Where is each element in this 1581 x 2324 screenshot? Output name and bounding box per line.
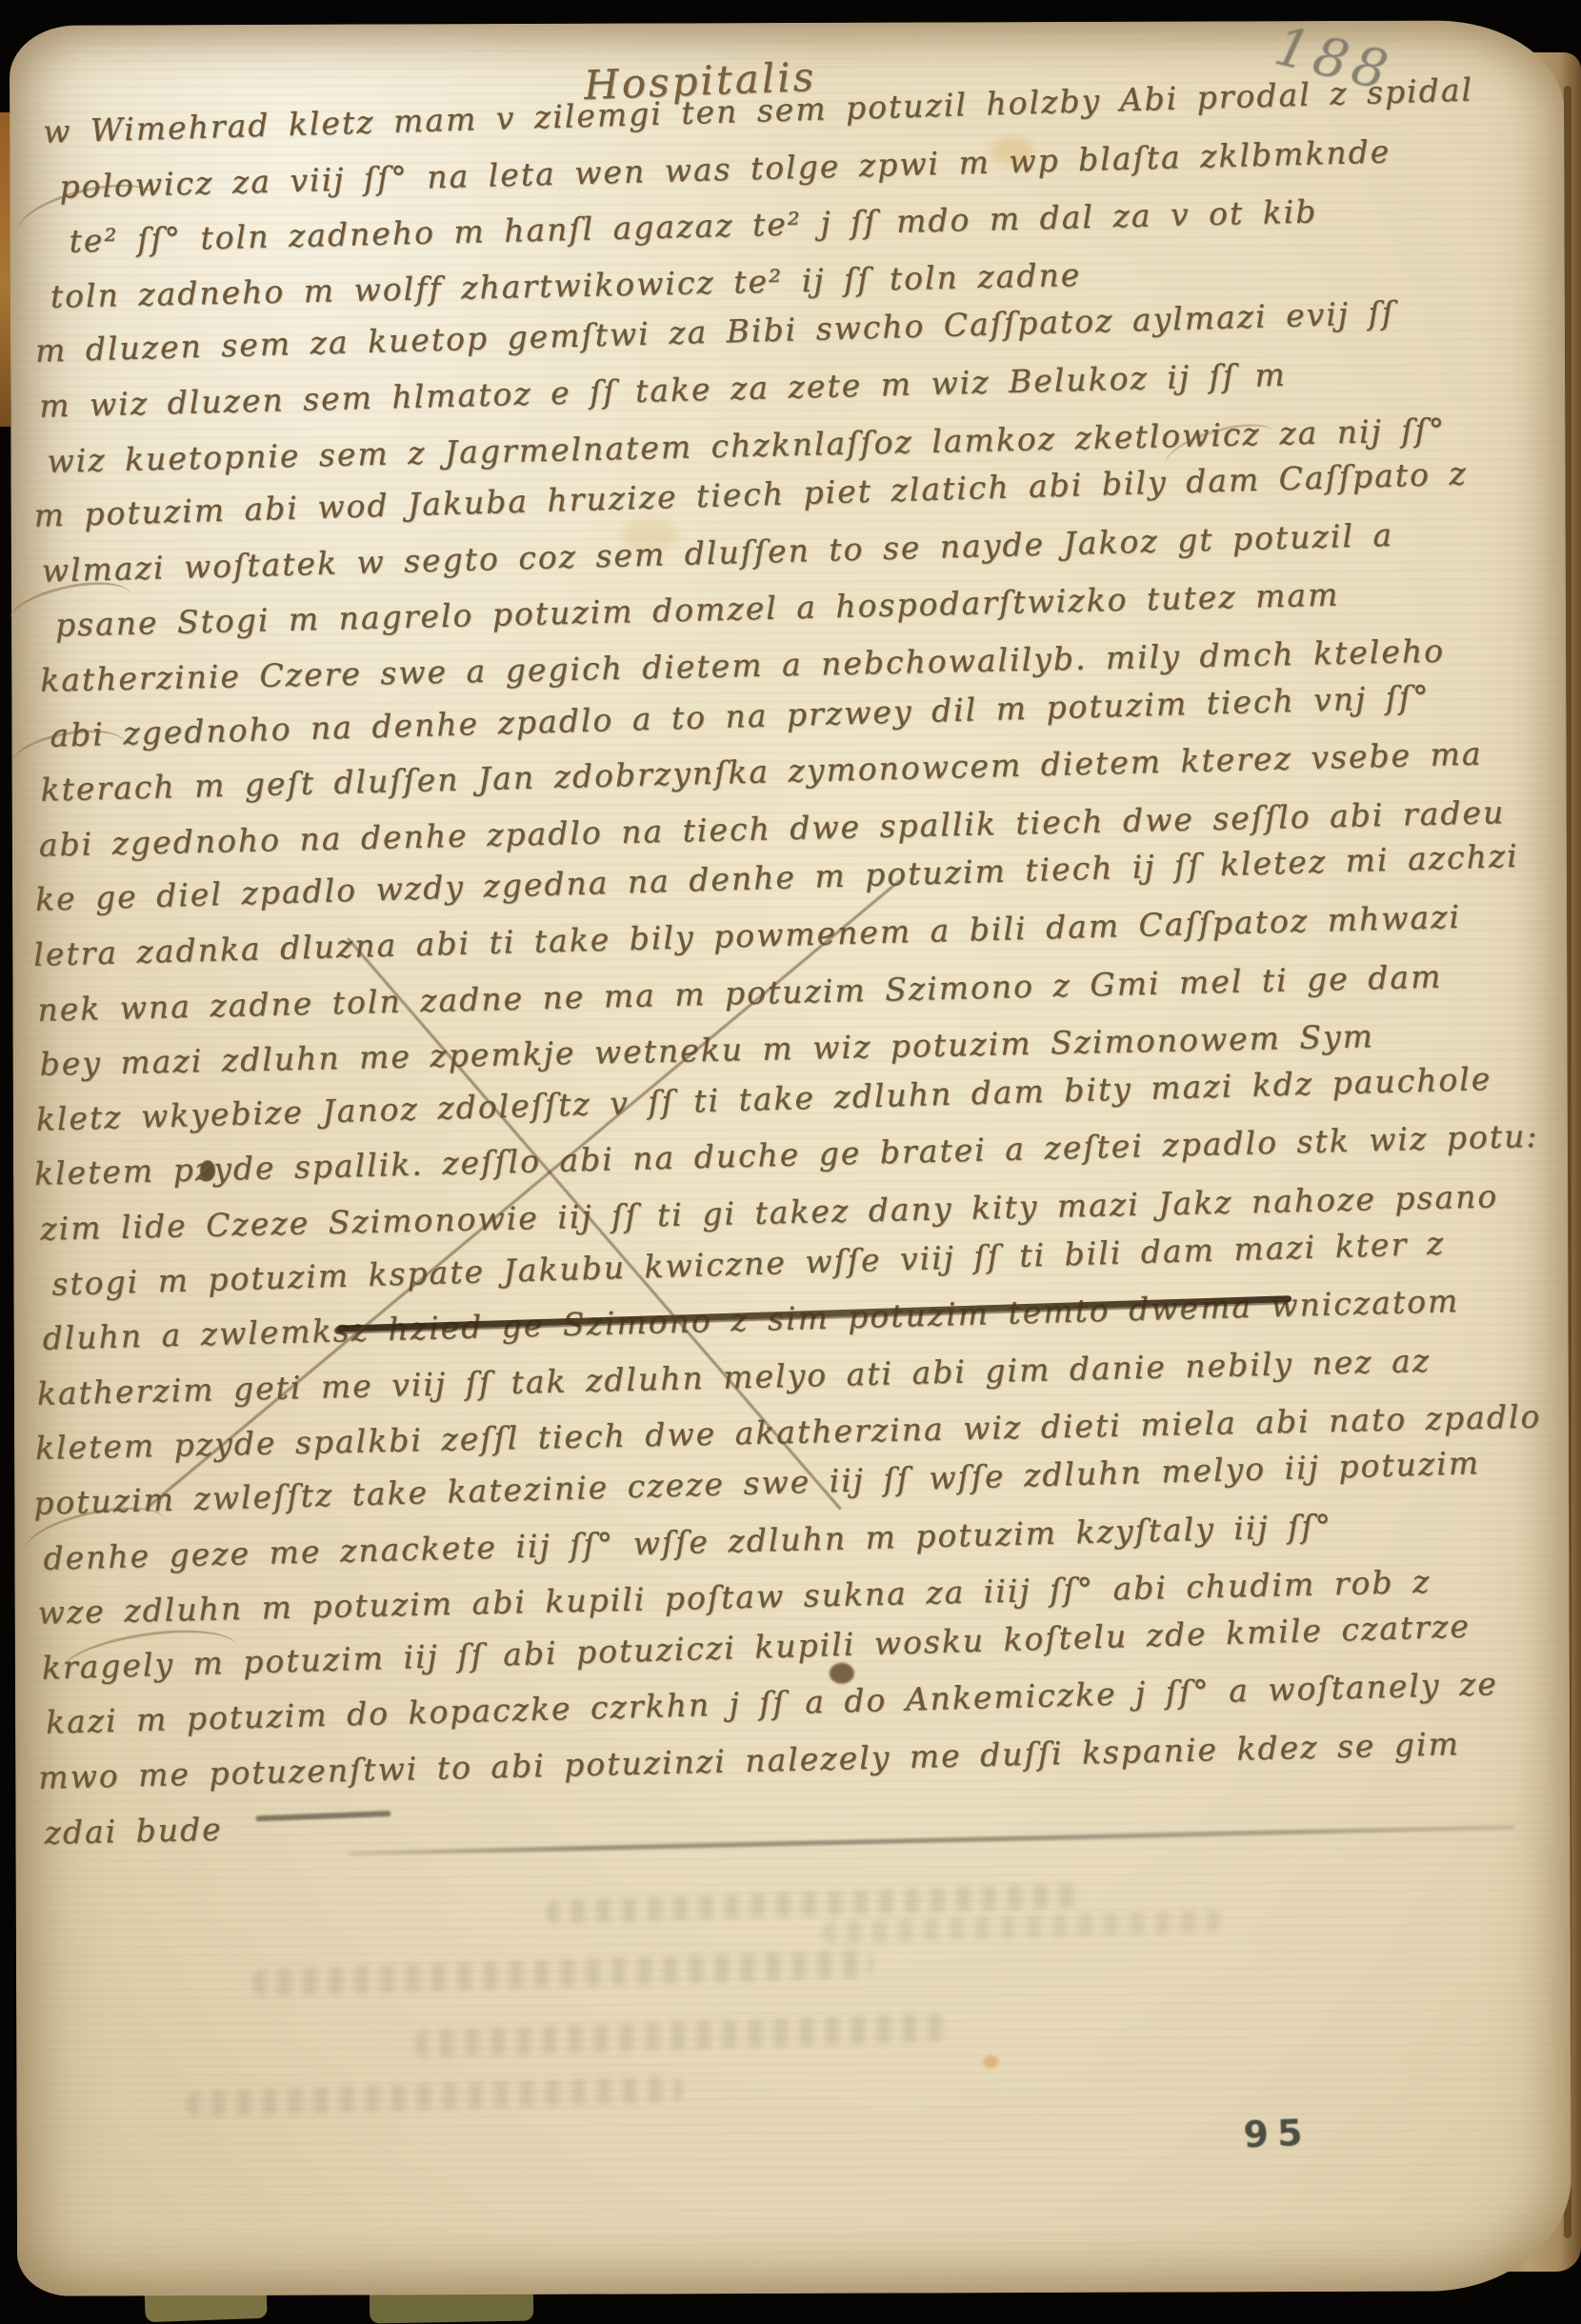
manuscript-line: zdai bude xyxy=(44,1811,223,1852)
manuscript-line: m wiz dluzen sem hlmatoz e ſſ take za ze… xyxy=(39,356,1288,425)
manuscript-line: denhe geze me znackete iij ſſ° wſſe zdlu… xyxy=(43,1507,1333,1576)
text-block: Hospitalis w Wimehrad kletz mam v zilemg… xyxy=(10,20,1571,2296)
manuscript-line: te² ſſ° toln zadneho m hanſl agazaz te² … xyxy=(69,192,1318,259)
page-number-stamp: 95 xyxy=(1243,2112,1312,2156)
manuscript-line: katherzim geti me viij ſſ tak zdluhn mel… xyxy=(36,1342,1431,1412)
manuscript-line: mwo me potuzenſtwi to abi potuzinzi nale… xyxy=(38,1725,1461,1796)
manuscript-line: psane Stogi m nagrelo potuzim domzel a h… xyxy=(55,575,1340,643)
manuscript-line: nek wna zadne toln zadne ne ma m potuzim… xyxy=(37,957,1443,1028)
manuscript-page: Hospitalis w Wimehrad kletz mam v zilemg… xyxy=(10,20,1571,2296)
manuscript-scan: Hospitalis w Wimehrad kletz mam v zilemg… xyxy=(0,0,1581,2324)
